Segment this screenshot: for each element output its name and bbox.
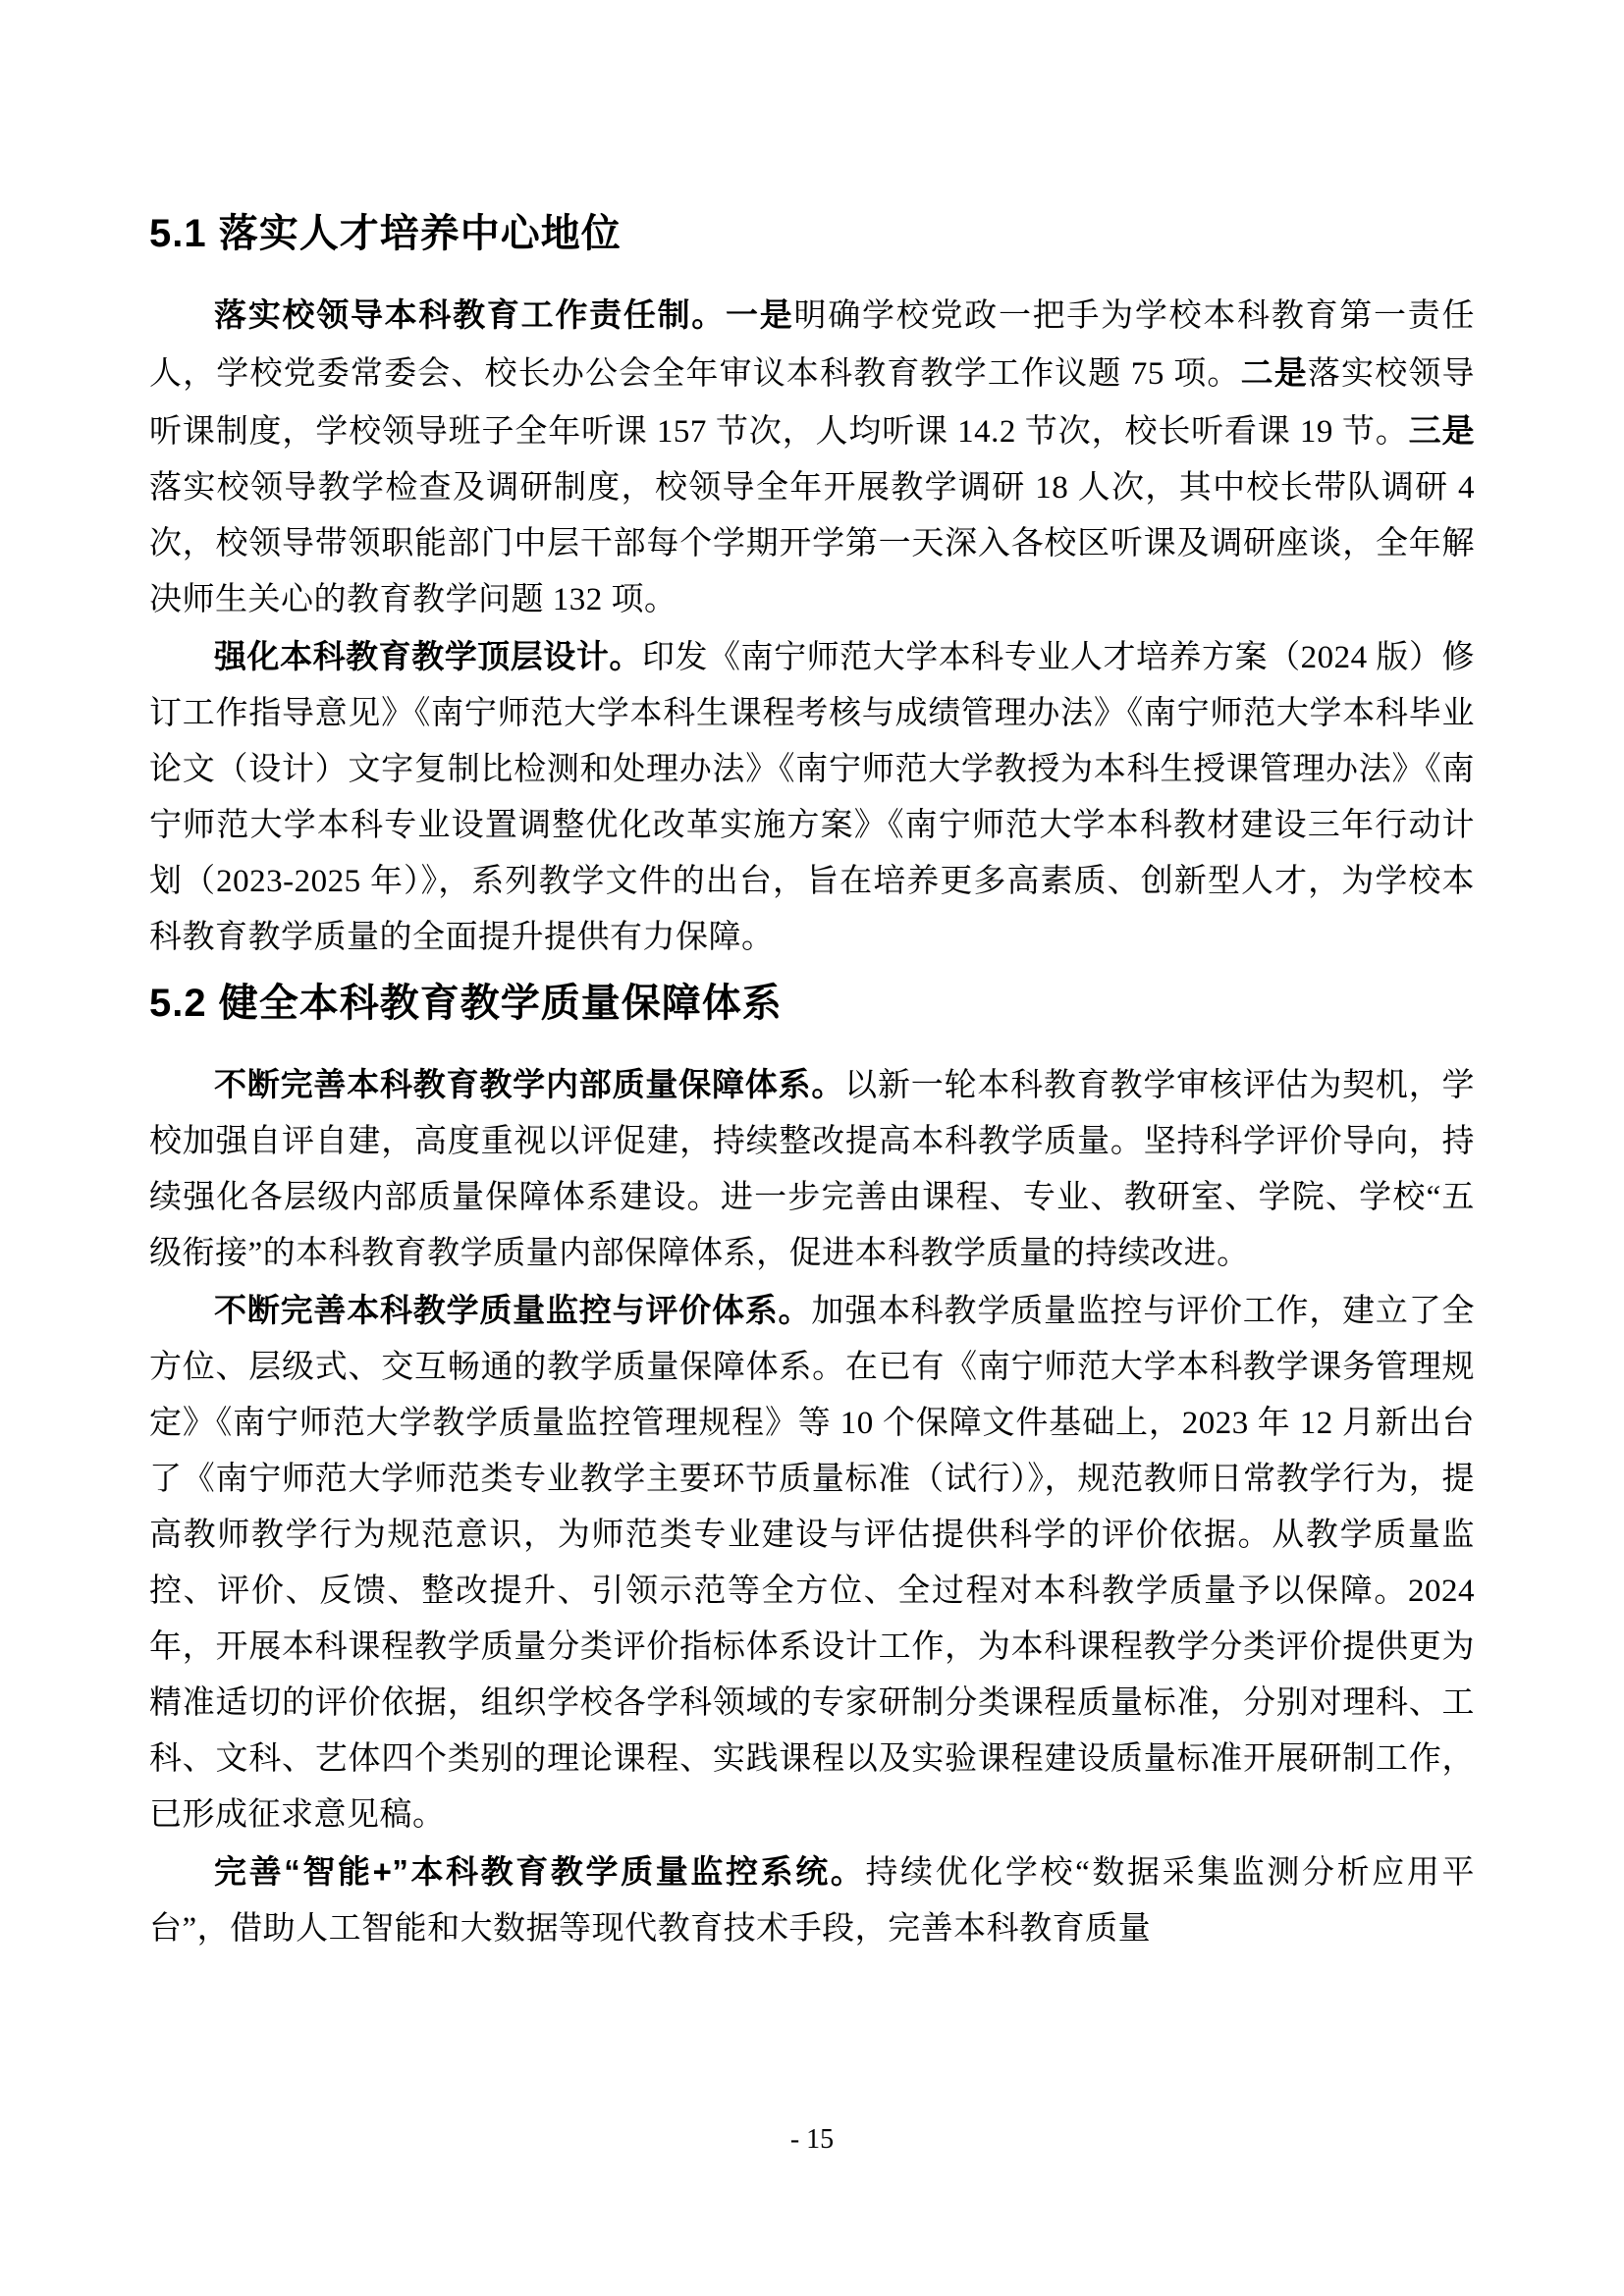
section-heading-5-1: 5.1 落实人才培养中心地位: [149, 208, 1475, 259]
page-content: 5.1 落实人才培养中心地位 落实校领导本科教育工作责任制。一是明确学校党政一把…: [0, 0, 1624, 1957]
body-text: 加强本科教学质量监控与评价工作，建立了全方位、层级式、交互畅通的教学质量保障体系…: [149, 1294, 1475, 1833]
paragraph: 不断完善本科教育教学内部质量保障体系。以新一轮本科教育教学审核评估为契机，学校加…: [149, 1056, 1475, 1282]
bold-lead-text: 落实校领导本科教育工作责任制。: [214, 296, 726, 333]
body-text: 落实校领导教学检查及调研制度，校领导全年开展教学调研 18 人次，其中校长带队调…: [149, 470, 1475, 617]
bold-marker-san-shi: 三是: [1409, 412, 1475, 449]
paragraph: 完善“智能+”本科教育教学质量监控系统。持续优化学校“数据采集监测分析应用平台”…: [149, 1843, 1475, 1957]
bold-lead-text: 不断完善本科教学质量监控与评价体系。: [214, 1292, 811, 1328]
section-heading-5-2: 5.2 健全本科教育教学质量保障体系: [149, 978, 1475, 1029]
paragraph: 不断完善本科教学质量监控与评价体系。加强本科教学质量监控与评价工作，建立了全方位…: [149, 1282, 1475, 1843]
paragraph: 落实校领导本科教育工作责任制。一是明确学校党政一把手为学校本科教育第一责任人，学…: [149, 287, 1475, 628]
bold-marker-yi-shi: 一是: [726, 296, 793, 333]
paragraph: 强化本科教育教学顶层设计。印发《南宁师范大学本科专业人才培养方案（2024 版）…: [149, 628, 1475, 966]
bold-lead-text: 不断完善本科教育教学内部质量保障体系。: [214, 1066, 844, 1102]
bold-lead-text: 完善“智能+”本科教育教学质量监控系统。: [214, 1853, 865, 1890]
document-page: 5.1 落实人才培养中心地位 落实校领导本科教育工作责任制。一是明确学校党政一把…: [0, 0, 1624, 2296]
body-text: 印发《南宁师范大学本科专业人才培养方案（2024 版）修订工作指导意见》《南宁师…: [149, 640, 1475, 955]
bold-lead-text: 强化本科教育教学顶层设计。: [214, 638, 642, 674]
bold-marker-er-shi: 二是: [1241, 354, 1308, 391]
page-number: - 15: [0, 2122, 1624, 2158]
